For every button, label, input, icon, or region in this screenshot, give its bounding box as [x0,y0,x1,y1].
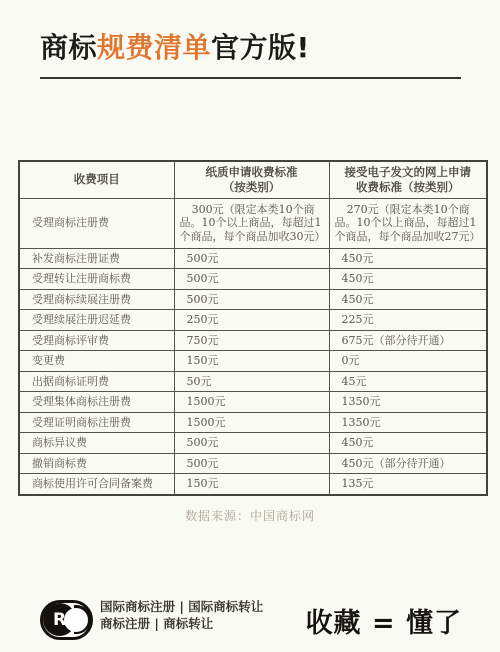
fee-table-body: 受理商标注册费300元（限定本类10个商品。10个以上商品，每超过1个商品，每个… [19,198,487,495]
fee-value-cell: 1500元 [174,412,329,433]
table-row: 补发商标注册证费500元450元 [19,248,487,269]
fee-value-cell: 150元 [174,351,329,372]
page-title: 商标规费清单官方版! [40,26,310,66]
table-row: 出据商标证明费50元45元 [19,371,487,392]
fee-value-cell: 500元 [174,289,329,310]
fee-item-cell: 受理集体商标注册费 [19,392,174,413]
table-row: 受理商标评审费750元675元（部分待开通） [19,330,487,351]
crescent-icon [74,605,91,634]
fee-value-cell: 450元 [329,433,487,454]
brand-tagline: 国际商标注册 | 国际商标转让 商标注册 | 商标转让 [100,598,263,632]
table-row: 受理转让注册商标费500元450元 [19,269,487,290]
fee-value-cell: 500元 [174,453,329,474]
fee-item-cell: 受理商标续展注册费 [19,289,174,310]
table-row: 变更费150元0元 [19,351,487,372]
brand-logo: R [40,600,93,640]
header-paper-standard: 纸质申请收费标准 （按类别） [174,161,329,198]
table-row: 受理证明商标注册费1500元1350元 [19,412,487,433]
fee-value-cell: 270元（限定本类10个商品。10个以上商品，每超过1个商品，每个商品加收27元… [329,198,487,248]
fee-item-cell: 变更费 [19,351,174,372]
fee-value-cell: 1350元 [329,392,487,413]
header-online-standard: 接受电子发文的网上申请 收费标准（按类别） [329,161,487,198]
table-row: 受理商标注册费300元（限定本类10个商品。10个以上商品，每超过1个商品，每个… [19,198,487,248]
fee-item-cell: 受理商标评审费 [19,330,174,351]
table-row: 受理商标续展注册费500元450元 [19,289,487,310]
title-underline [40,77,461,79]
fee-item-cell: 出据商标证明费 [19,371,174,392]
fee-item-cell: 商标异议费 [19,433,174,454]
title-prefix: 商标 [40,31,97,64]
fee-value-cell: 225元 [329,310,487,331]
fee-value-cell: 750元 [174,330,329,351]
fee-value-cell: 450元 [329,248,487,269]
table-row: 受理续展注册迟延费250元225元 [19,310,487,331]
title-highlight: 规费清单 [97,31,211,64]
fee-value-cell: 250元 [174,310,329,331]
fee-value-cell: 450元（部分待开通） [329,453,487,474]
fee-value-cell: 500元 [174,433,329,454]
fee-value-cell: 1350元 [329,412,487,433]
fee-value-cell: 45元 [329,371,487,392]
fee-value-cell: 50元 [174,371,329,392]
fee-value-cell: 300元（限定本类10个商品。10个以上商品，每超过1个商品，每个商品加收30元… [174,198,329,248]
table-row: 撤销商标费500元450元（部分待开通） [19,453,487,474]
fee-value-cell: 675元（部分待开通） [329,330,487,351]
title-suffix: 官方版! [211,31,310,64]
fee-value-cell: 500元 [174,269,329,290]
header-fee-item: 收费项目 [19,161,174,198]
fee-item-cell: 受理商标注册费 [19,198,174,248]
fee-value-cell: 135元 [329,474,487,495]
fee-value-cell: 450元 [329,269,487,290]
fee-value-cell: 500元 [174,248,329,269]
fee-value-cell: 0元 [329,351,487,372]
data-source: 数据来源：中国商标网 [0,507,500,524]
fee-item-cell: 补发商标注册证费 [19,248,174,269]
fee-item-cell: 受理证明商标注册费 [19,412,174,433]
fee-value-cell: 450元 [329,289,487,310]
fee-value-cell: 1500元 [174,392,329,413]
fee-table: 收费项目 纸质申请收费标准 （按类别） 接受电子发文的网上申请 收费标准（按类别… [18,160,488,496]
fee-item-cell: 受理转让注册商标费 [19,269,174,290]
tagline-line2: 商标注册 | 商标转让 [100,615,263,632]
fee-value-cell: 150元 [174,474,329,495]
fee-item-cell: 商标使用许可合同备案费 [19,474,174,495]
slogan: 收藏 = 懂了 [306,601,462,640]
table-header-row: 收费项目 纸质申请收费标准 （按类别） 接受电子发文的网上申请 收费标准（按类别… [19,161,487,198]
table-row: 商标异议费500元450元 [19,433,487,454]
table-row: 受理集体商标注册费1500元1350元 [19,392,487,413]
tagline-line1: 国际商标注册 | 国际商标转让 [100,598,263,615]
table-row: 商标使用许可合同备案费150元135元 [19,474,487,495]
poster: 商标规费清单官方版! 收费项目 纸质申请收费标准 （按类别） 接受电子发文的网上… [0,0,500,652]
fee-item-cell: 撤销商标费 [19,453,174,474]
fee-item-cell: 受理续展注册迟延费 [19,310,174,331]
